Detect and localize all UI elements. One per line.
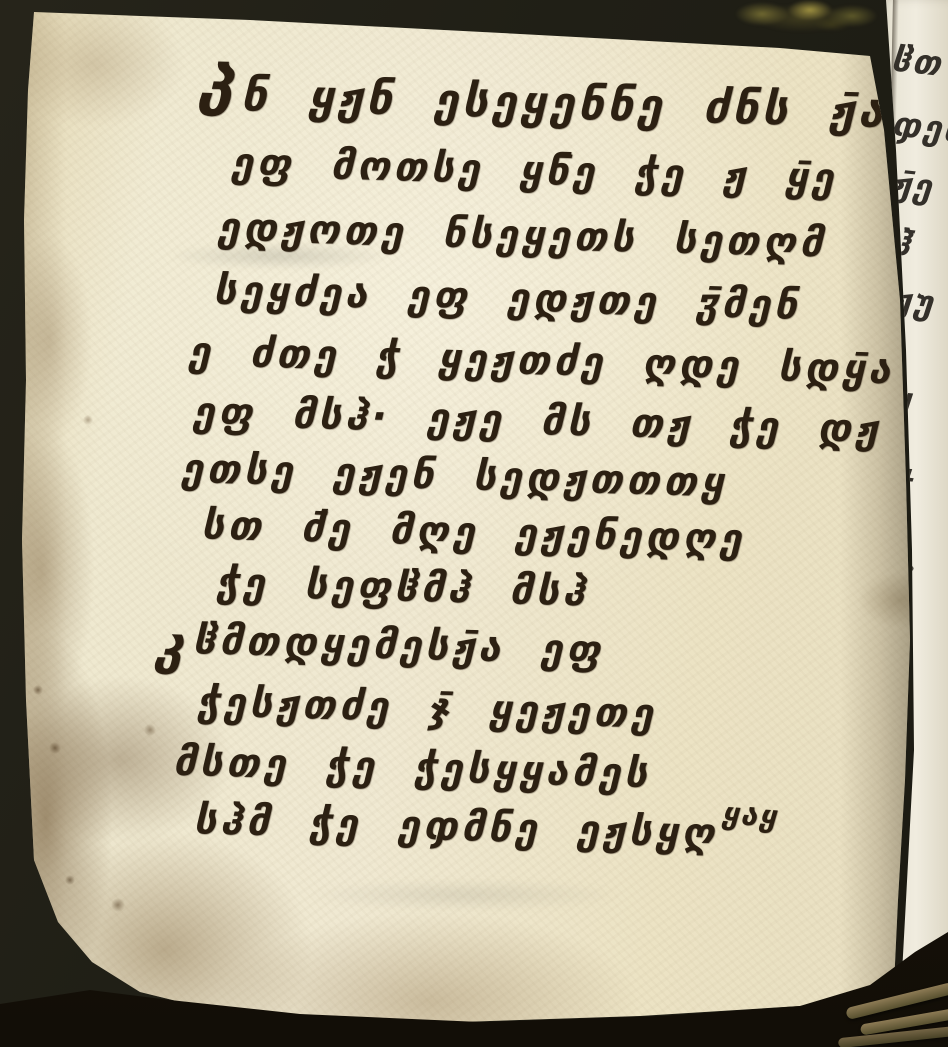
text-line-12: მსთე ჭე ჭესყყამეს	[173, 739, 652, 797]
line-initial: პ	[194, 54, 237, 132]
text-line-4: სეყძეა ეფ ედჟთე ჳ̄მენ	[213, 267, 801, 328]
binding-debris-patch	[732, 0, 892, 44]
text-line-1: პნ ყჟნ ესეყენნე ძნს ჟ̄ა	[194, 67, 888, 138]
facing-page-text-fragment: ჱთ	[890, 39, 945, 84]
line-initial: კ	[154, 615, 188, 676]
text-line-7: ეთსე ეჟენ სედჟთთთყ	[180, 446, 727, 506]
manuscript-photo: ჱთჶენჟ̄ეჰ̄ჟუყჭჰჱ პნ ყჟნ ესეყენნე ძნს ჟ̄ა…	[0, 0, 948, 1047]
text-line-5: ე ძთე ჭ ყეჟთძე ღდე სდყ̄ა	[188, 329, 896, 393]
text-block: პნ ყჟნ ესეყენნე ძნს ჟ̄აეფ მოთსე ყნ̄ე ჭე …	[138, 52, 879, 901]
text-line-11: ჭესჟთძე ჯ̄ ყეჟეთე	[196, 679, 657, 737]
manuscript-page: პნ ყჟნ ესეყენნე ძნს ჟ̄აეფ მოთსე ყნ̄ე ჭე …	[0, 0, 948, 1047]
text-line-8: სთ ძ̄ე მღე ეჟენედღე	[201, 502, 746, 562]
text-line-10: კჱმთდყემესჟ̄ა ეფ	[154, 616, 605, 674]
text-line-9: ჭე სეფჱმჰ მსჰ	[216, 560, 590, 616]
text-line-2: ეფ მოთსე ყნ̄ე ჭე ჟ ყ̄ე	[231, 140, 838, 202]
facing-page-text-fragment: ჶენ	[890, 104, 948, 151]
text-line-6: ეფ მსჰ· ეჟე მს თჟ ჭე დჟ	[192, 389, 882, 453]
facing-page-text-fragment: ჟ̄ე	[890, 164, 936, 208]
catchword: ყაყ	[721, 796, 779, 835]
text-line-13: სჰმ ჭე ეჶმნე ეჟსყღ	[193, 797, 719, 857]
text-line-3: ედჟოთე ნსეყეთს სეთღმ	[217, 205, 827, 267]
